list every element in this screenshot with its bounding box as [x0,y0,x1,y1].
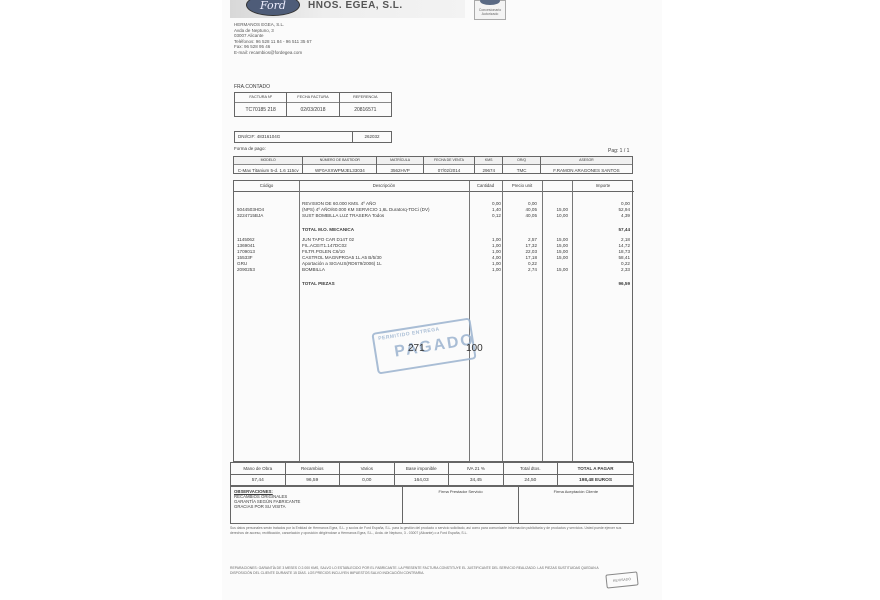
legal-notice: Sus datos personales serán tratados por … [230,526,634,535]
overlay-number-left: 271 [408,343,425,354]
invoice-page: Ford HNOS. EGEA, S.L. Concesionario Auto… [222,0,662,600]
table-row: 2090253BOMBILLA1,002,7415,002,33 [234,267,634,273]
signature-client: Firma Aceptación Cliente [519,487,633,494]
totals-table: Mano de Obra57,44 Recambios96,59 Varios0… [230,462,634,486]
invoice-info-table: FACTURA NºTC70185 218 FECHA FACTURA02/03… [234,92,392,117]
invoice-number: TC70185 218 [235,103,286,117]
ford-oval-icon [480,0,500,5]
table-row: TOTAL M.O. MECANICA57,44 [234,227,634,233]
review-stamp: REVISADO [605,571,638,588]
invoice-lines-table: Código Descripción Cantidad Precio unit … [233,180,633,462]
client-dni: DNI/CIF: 48316104G [235,132,353,142]
table-row: TOTAL PIEZAS96,59 [234,281,634,287]
client-code: 262032 [353,132,391,142]
invoice-type: FRA.CONTADO [234,84,270,90]
table-row: 3224715BJASUST BOMBILLA LUZ TRASERA Todo… [234,213,634,219]
invoice-reference: 20816571 [340,103,391,117]
dealer-badge: Concesionario Autorizado [474,0,506,20]
page-number: Pag: 1 / 1 [608,148,629,154]
vehicle-table: MODELOC-Max Titanium 5-d. 1.6 115cv NÚME… [233,156,633,174]
invoice-date: 02/03/2018 [287,103,338,117]
client-id-box: DNI/CIF: 48316104G 262032 [234,131,392,143]
overlay-number-right: 100 [466,343,483,354]
observations-signatures: OBSERVACIONES: RECAMBIOS ORIGINALES GARA… [230,486,634,524]
company-address: HERMANOS EGEA, S.L. Avda de Neptuno, 3 0… [234,22,312,55]
warranty-notice: REPARACIONES: GARANTÍA DE 3 MESES O 2.00… [230,566,600,575]
signature-provider: Firma Prestador Servicio [403,487,517,494]
company-name: HNOS. EGEA, S.L. [308,0,403,11]
payment-method-label: Forma de pago: [234,146,266,151]
